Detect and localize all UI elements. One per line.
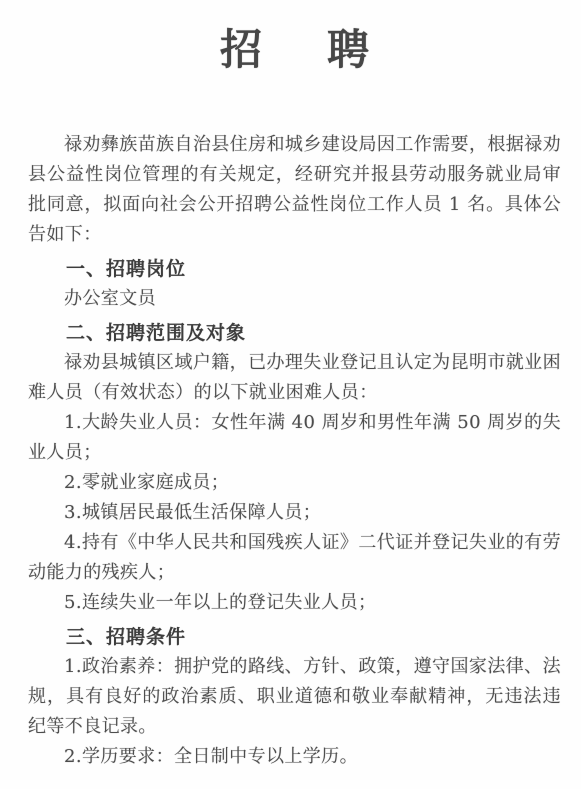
scope-paragraph: 禄劝县城镇区域户籍，已办理失业登记且认定为昆明市就业困难人员（有效状态）的以下就… — [28, 348, 561, 408]
scope-list-item-2: 2.零就业家庭成员； — [28, 468, 561, 498]
section-heading-requirements: 三、招聘条件 — [28, 622, 561, 652]
scope-list-item-4: 4.持有《中华人民共和国残疾人证》二代证并登记失业的有劳动能力的残疾人； — [28, 528, 561, 588]
section-heading-scope: 二、招聘范围及对象 — [28, 318, 561, 348]
requirement-item-1: 1.政治素养：拥护党的路线、方针、政策，遵守国家法律、法规，具有良好的政治素质、… — [28, 652, 561, 742]
scope-list-item-3: 3.城镇居民最低生活保障人员； — [28, 498, 561, 528]
position-paragraph: 办公室文员 — [28, 284, 561, 314]
section-heading-position: 一、招聘岗位 — [28, 254, 561, 284]
document-title-text: 招聘 — [220, 25, 434, 74]
requirement-item-2: 2.学历要求：全日制中专以上学历。 — [28, 742, 561, 772]
scope-list-item-1: 1.大龄失业人员：女性年满 40 周岁和男性年满 50 周岁的失业人员； — [28, 408, 561, 468]
scope-list-item-5: 5.连续失业一年以上的登记失业人员； — [28, 588, 561, 618]
intro-paragraph: 禄劝彝族苗族自治县住房和城乡建设局因工作需要，根据禄劝县公益性岗位管理的有关规定… — [28, 130, 561, 250]
document-title: 招聘 — [28, 26, 561, 74]
document-page: 招聘 禄劝彝族苗族自治县住房和城乡建设局因工作需要，根据禄劝县公益性岗位管理的有… — [0, 0, 581, 789]
